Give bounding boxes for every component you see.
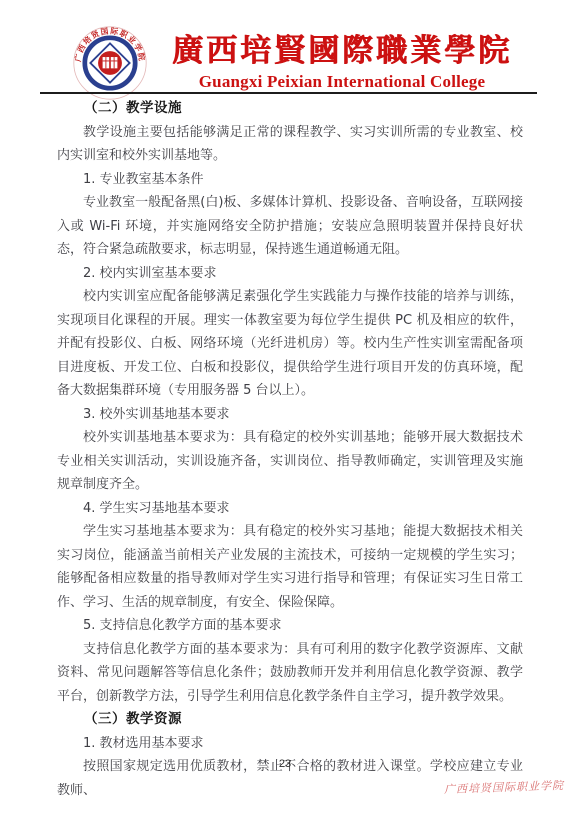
document-page: 广西培贤国际职业学院 GUANGXI PEIXIAN INTERNATIONAL… [0, 0, 570, 815]
item-label-classroom: 1. 专业教室基本条件 [57, 168, 523, 192]
item-text-informatization: 支持信息化教学方面的基本要求为：具有可利用的数字化教学资源库、文献资料、常见问题… [57, 638, 523, 709]
masthead: 廣西培賢國際職業學院 Guangxi Peixian International… [156, 30, 528, 92]
item-text-internship-base: 学生实习基地基本要求为：具有稳定的校外实习基地；能提大数据技术相关实习岗位，能涵… [57, 520, 523, 614]
item-label-textbook-selection: 1. 教材选用基本要求 [57, 732, 523, 756]
college-seal-icon: 广西培贤国际职业学院 GUANGXI PEIXIAN INTERNATIONAL… [73, 26, 147, 100]
page-number: 23 [0, 758, 570, 770]
college-seal-logo: 广西培贤国际职业学院 GUANGXI PEIXIAN INTERNATIONAL… [73, 26, 147, 100]
item-text-offcampus-training-base: 校外实训基地基本要求为：具有稳定的校外实训基地；能够开展大数据技术专业相关实训活… [57, 426, 523, 497]
section-intro-paragraph: 教学设施主要包括能够满足正常的课程教学、实习实训所需的专业教室、校内实训室和校外… [57, 121, 523, 168]
item-text-classroom: 专业教室一般配备黑(白)板、多媒体计算机、投影设备、音响设备，互联网接入或 Wi… [57, 191, 523, 262]
item-text-campus-training-room: 校内实训室应配备能够满足素强化学生实践能力与操作技能的培养与训练，实现项目化课程… [57, 285, 523, 403]
item-label-informatization: 5. 支持信息化教学方面的基本要求 [57, 614, 523, 638]
item-label-internship-base: 4. 学生实习基地基本要求 [57, 497, 523, 521]
item-label-campus-training-room: 2. 校内实训室基本要求 [57, 262, 523, 286]
section-heading-teaching-resources: （三）教学资源 [57, 708, 523, 732]
document-body: （二）教学设施 教学设施主要包括能够满足正常的课程教学、实习实训所需的专业教室、… [57, 97, 523, 802]
college-name-en: Guangxi Peixian International College [156, 72, 528, 92]
item-label-offcampus-training-base: 3. 校外实训基地基本要求 [57, 403, 523, 427]
college-watermark: 广西培贤国际职业学院 [444, 777, 564, 797]
college-name-zh: 廣西培賢國際職業學院 [156, 30, 528, 72]
header-rule [40, 92, 537, 94]
section-heading-teaching-facilities: （二）教学设施 [57, 97, 523, 121]
